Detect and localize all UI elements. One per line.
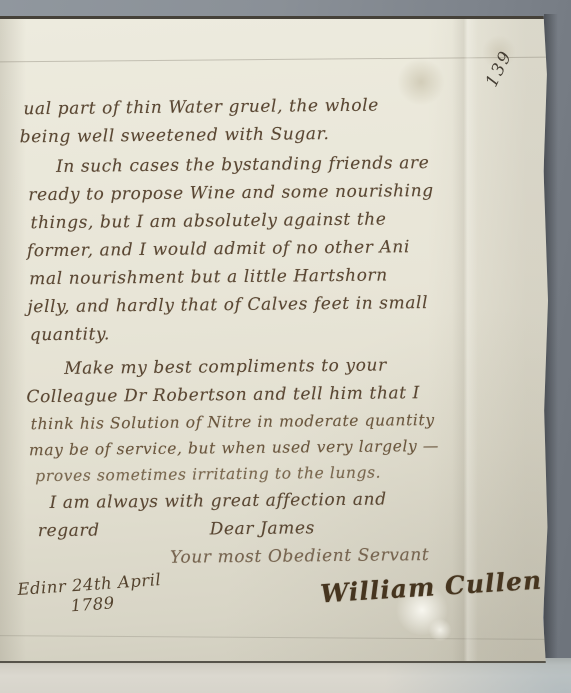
letter-line: may be of service, but when used very la… [29,432,483,463]
closing-valediction: Your most Obedient Servant [170,540,484,571]
letter-body: ual part of thin Water gruel, the whole … [0,90,485,619]
letter-photograph: 139 ual part of thin Water gruel, the wh… [0,0,571,693]
letter-line: In such cases the bystanding friends are [56,148,480,180]
letter-line: quantity. [30,316,482,349]
closing-regard: regard [38,520,100,541]
letter-line: Make my best compliments to your [64,350,482,382]
underlying-page-edge [0,658,571,693]
letter-page: 139 ual part of thin Water gruel, the wh… [0,16,548,663]
letter-line: being well sweetened with Sugar. [20,118,480,151]
letter-line: jelly, and hardly that of Calves feet in… [27,288,481,321]
letter-line: ready to propose Wine and some nourishin… [28,176,480,209]
closing-salutation: Dear James [210,518,315,539]
paper-stain [428,619,452,641]
letter-line: I am always with great affection and [49,484,483,517]
signature: William Cullen [319,570,485,620]
